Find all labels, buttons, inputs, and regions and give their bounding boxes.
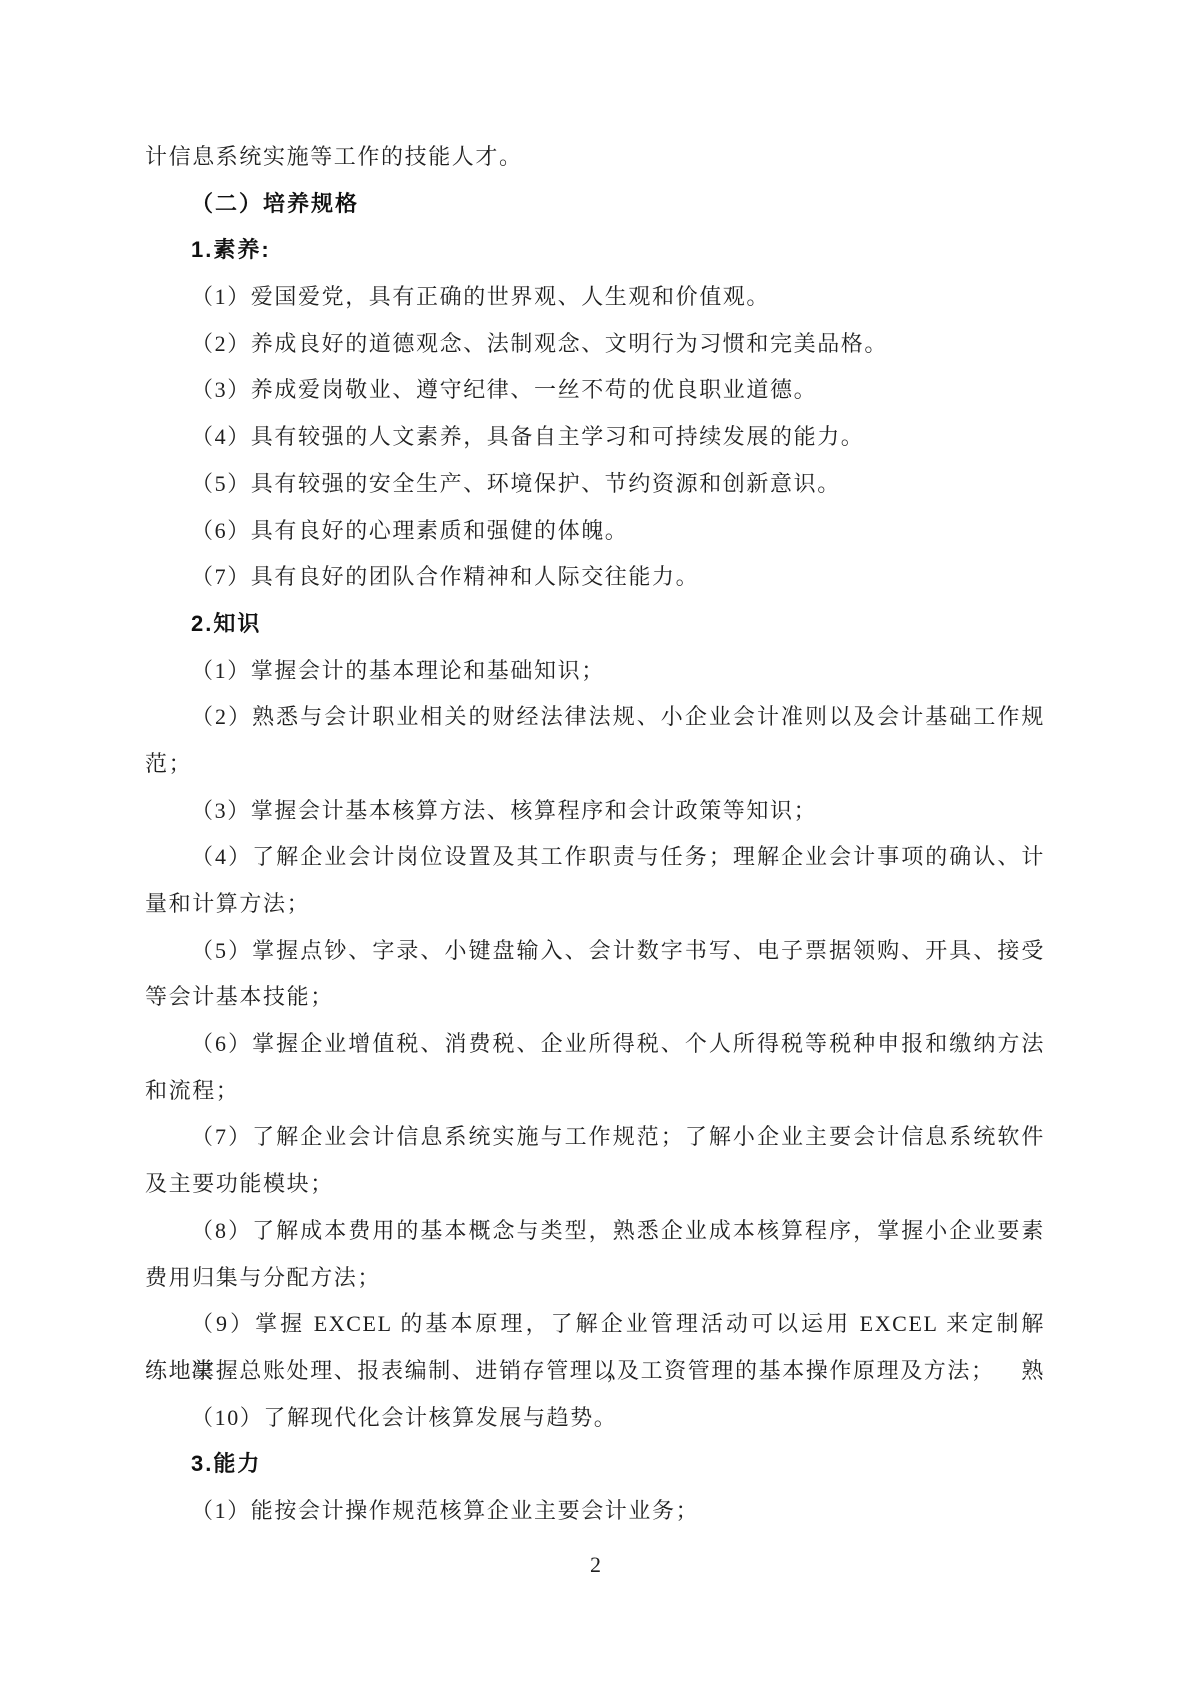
text-line: 和流程； xyxy=(145,1068,1045,1115)
text-line: 量和计算方法； xyxy=(145,881,1045,928)
text-line: （8）了解成本费用的基本概念与类型，熟悉企业成本核算程序，掌握小企业要素 xyxy=(145,1208,1045,1255)
text-line: （1）能按会计操作规范核算企业主要会计业务； xyxy=(145,1488,1045,1535)
page-number: 2 xyxy=(590,1552,601,1577)
text-line: （2）熟悉与会计职业相关的财经法律法规、小企业会计准则以及会计基础工作规 xyxy=(145,694,1045,741)
text-line: （9）掌握 EXCEL 的基本原理，了解企业管理活动可以运用 EXCEL 来定制… xyxy=(145,1301,1045,1348)
section-heading-peiyang-guige: （二）培养规格 xyxy=(145,181,1045,228)
subsection-heading-nengli: 3.能力 xyxy=(145,1441,1045,1488)
text-line: 费用归集与分配方法； xyxy=(145,1255,1045,1302)
text-line: （1）爱国爱党，具有正确的世界观、人生观和价值观。 xyxy=(145,274,1045,321)
text-line: （2）养成良好的道德观念、法制观念、文明行为习惯和完美品格。 xyxy=(145,321,1045,368)
text-line: （4）具有较强的人文素养，具备自主学习和可持续发展的能力。 xyxy=(145,414,1045,461)
page-footer: 2 xyxy=(0,1552,1191,1578)
text-line: 练地掌握总账处理、报表编制、进销存管理以及工资管理的基本操作原理及方法； xyxy=(145,1348,1045,1395)
text-line: （3）掌握会计基本核算方法、核算程序和会计政策等知识； xyxy=(145,788,1045,835)
text-line: 范； xyxy=(145,741,1045,788)
document-body: 计信息系统实施等工作的技能人才。（二）培养规格1.素养:（1）爱国爱党，具有正确… xyxy=(145,134,1045,1535)
text-line: （1）掌握会计的基本理论和基础知识； xyxy=(145,648,1045,695)
text-line: （5）具有较强的安全生产、环境保护、节约资源和创新意识。 xyxy=(145,461,1045,508)
text-line: 及主要功能模块； xyxy=(145,1161,1045,1208)
text-line: （5）掌握点钞、字录、小键盘输入、会计数字书写、电子票据领购、开具、接受 xyxy=(145,928,1045,975)
text-line: （6）具有良好的心理素质和强健的体魄。 xyxy=(145,508,1045,555)
text-line: （3）养成爱岗敬业、遵守纪律、一丝不苟的优良职业道德。 xyxy=(145,367,1045,414)
text-line: 计信息系统实施等工作的技能人才。 xyxy=(145,134,1045,181)
text-line: 等会计基本技能； xyxy=(145,974,1045,1021)
text-line: （7）了解企业会计信息系统实施与工作规范；了解小企业主要会计信息系统软件 xyxy=(145,1114,1045,1161)
subsection-heading-zhishi: 2.知识 xyxy=(145,601,1045,648)
text-line: （4）了解企业会计岗位设置及其工作职责与任务；理解企业会计事项的确认、计 xyxy=(145,834,1045,881)
subsection-heading-suyang: 1.素养: xyxy=(145,227,1045,274)
text-line: （7）具有良好的团队合作精神和人际交往能力。 xyxy=(145,554,1045,601)
text-line: （10）了解现代化会计核算发展与趋势。 xyxy=(145,1395,1045,1442)
text-line: （6）掌握企业增值税、消费税、企业所得税、个人所得税等税种申报和缴纳方法 xyxy=(145,1021,1045,1068)
